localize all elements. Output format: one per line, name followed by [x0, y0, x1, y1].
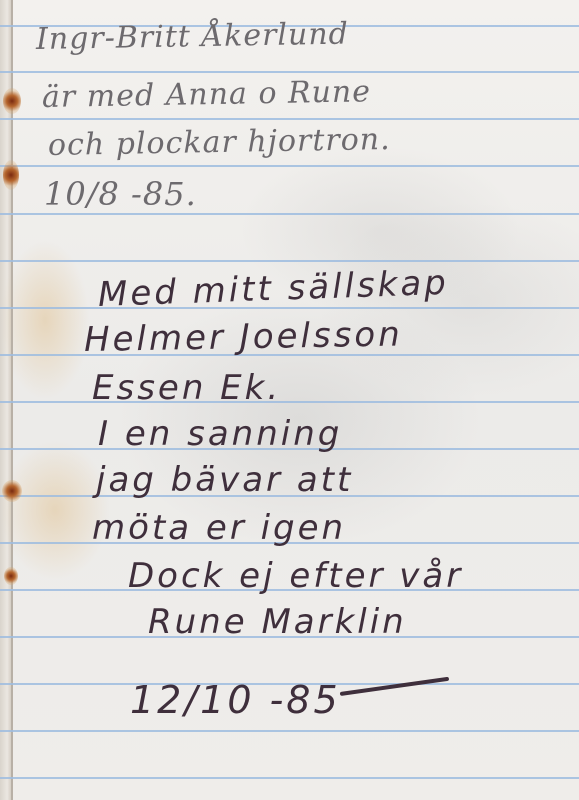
pencil-date: 10/8 -85.: [44, 175, 197, 213]
ruled-line: [0, 165, 579, 167]
rust-spot: [2, 480, 22, 502]
margin-line: [11, 0, 13, 800]
ink-line-5: jag bävar att: [96, 460, 353, 500]
ink-line-7: Dock ej efter vår: [128, 556, 463, 596]
rust-spot: [3, 88, 21, 114]
ruled-line: [0, 118, 579, 120]
ruled-line: [0, 777, 579, 779]
ink-line-2: Helmer Joelsson: [84, 314, 403, 360]
ruled-line: [0, 71, 579, 73]
ruled-line: [0, 730, 579, 732]
ink-line-8-signature: Rune Marklin: [148, 602, 407, 642]
water-stain: [0, 240, 90, 400]
ink-line-4: I en sanning: [98, 414, 342, 454]
ink-line-3: Essen Ek.: [92, 368, 281, 408]
pencil-line-2: är med Anna o Rune: [42, 74, 372, 115]
date-flourish-stroke: [340, 677, 449, 696]
rust-spot: [3, 160, 19, 190]
notebook-page: Ingr-Britt Åkerlund är med Anna o Rune o…: [0, 0, 579, 800]
ruled-line: [0, 260, 579, 262]
pencil-line-3: och plockar hjortron.: [48, 122, 391, 163]
ink-date: 12/10 -85: [130, 678, 341, 722]
ink-line-6: möta er igen: [92, 508, 346, 548]
rust-spot: [4, 567, 18, 585]
pencil-line-1: Ingr-Britt Åkerlund: [36, 17, 349, 57]
ruled-line: [0, 401, 579, 403]
ruled-line: [0, 213, 579, 215]
